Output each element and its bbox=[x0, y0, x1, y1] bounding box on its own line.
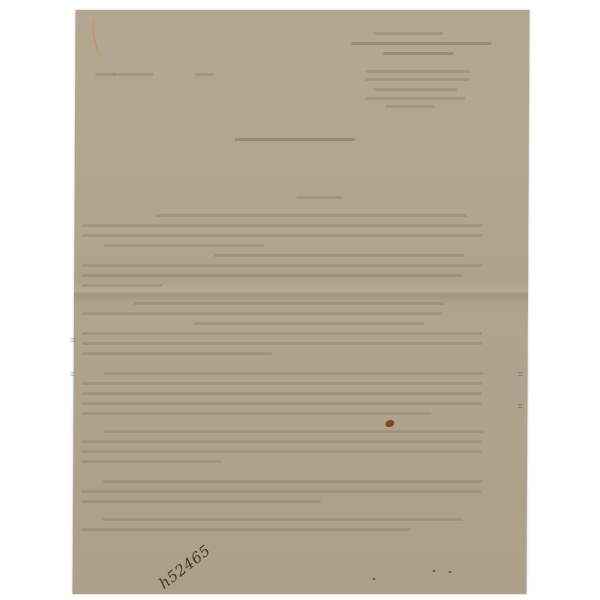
handwritten-note: h52465 bbox=[155, 541, 214, 592]
margin-mark: = bbox=[517, 402, 522, 412]
rust-stain bbox=[384, 419, 395, 429]
margin-mark: = bbox=[70, 336, 75, 346]
ink-speck bbox=[449, 571, 452, 573]
margin-mark: = bbox=[518, 370, 523, 380]
margin-mark: = bbox=[70, 370, 75, 380]
ink-speck bbox=[373, 578, 376, 580]
document-page: = = = = h52465 bbox=[72, 10, 529, 594]
paper-crease-mark bbox=[89, 17, 113, 59]
salutation bbox=[297, 196, 343, 199]
subject-line bbox=[235, 138, 355, 141]
ink-speck bbox=[433, 570, 436, 572]
